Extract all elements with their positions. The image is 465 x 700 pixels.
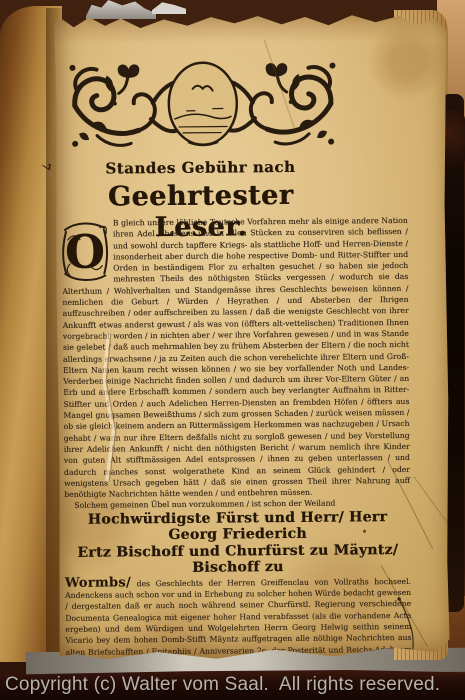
paper-fragment-gray bbox=[86, 0, 156, 19]
ornate-initial: O bbox=[62, 220, 109, 284]
handwritten-margin-mark: 7 bbox=[39, 162, 53, 171]
paragraph-1-text: B gleich unsere löbliche Teutsche Vorfah… bbox=[62, 216, 410, 499]
display-line-3-lead: Wormbs/ bbox=[65, 575, 131, 591]
paragraph-1: O B gleich unsere löbliche Teutsche Vorf… bbox=[62, 215, 410, 500]
book-page: Standes Gebühr nach Geehrtester Leser. O… bbox=[54, 9, 452, 662]
copyright-text: Copyright (c) Walter vom Saal. All right… bbox=[0, 674, 440, 696]
book-photo: Standes Gebühr nach Geehrtester Leser. O… bbox=[0, 0, 465, 700]
body-text-block: O B gleich unsere löbliche Teutsche Vorf… bbox=[62, 215, 412, 690]
display-line-2: Ertz Bischoff und Churfürst zu Mäyntz/ B… bbox=[65, 542, 411, 578]
copyright-bar: Copyright (c) Walter vom Saal. All right… bbox=[0, 670, 465, 700]
floral-headpiece-ornament bbox=[66, 58, 339, 152]
drop-cap-letter: O bbox=[65, 225, 106, 279]
paper-fragment-white bbox=[152, 1, 186, 14]
display-line-1: Hochwürdigste Fürst und Herr/ Herr Georg… bbox=[64, 509, 410, 545]
heading-line-1: Standes Gebühr nach bbox=[57, 157, 343, 177]
